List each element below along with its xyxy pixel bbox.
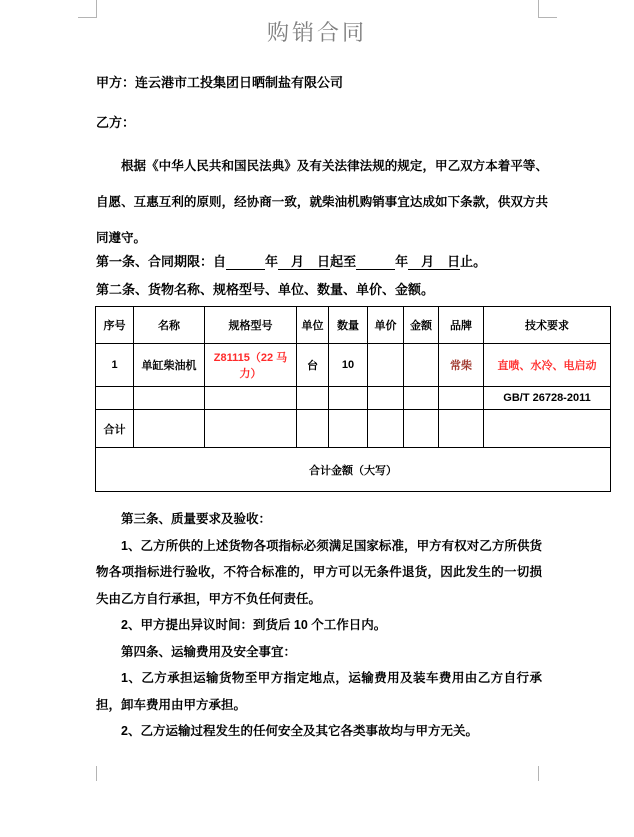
section-three-heading: 第三条、质量要求及验收： <box>96 506 542 533</box>
table-row-standard: GB/T 26728-2011 <box>96 387 611 410</box>
crop-mark-bottom-right-vertical <box>538 766 539 781</box>
section-three-item-1: 1、乙方所供的上述货物各项指标必须满足国家标准，甲方有权对乙方所供货物各项指标进… <box>96 533 542 613</box>
clause-term-line: 第一条、合同期限：自 年 月 日起至 年 月 日止。 <box>96 253 548 270</box>
cell-tech-standard: GB/T 26728-2011 <box>484 387 611 410</box>
cell-tech: 直喷、水冷、电启动 <box>484 344 611 387</box>
cell-empty <box>404 387 439 410</box>
section-four-item-2: 2、乙方运输过程发生的任何安全及其它各类事故均与甲方无关。 <box>96 718 542 745</box>
crop-mark-top-left-vertical <box>96 0 97 17</box>
col-header-index: 序号 <box>96 307 134 344</box>
cell-total-label: 合计 <box>96 410 134 448</box>
table-row-item-1: 1 单缸柴油机 Z81115（22 马力） 台 10 常柴 直喷、水冷、电启动 <box>96 344 611 387</box>
cell-empty <box>205 387 297 410</box>
document-title: 购销合同 <box>0 16 634 47</box>
cell-empty <box>484 410 611 448</box>
col-header-name: 名称 <box>134 307 205 344</box>
clause-term-year-1: 年 <box>265 254 278 269</box>
section-four-item-1: 1、乙方承担运输货物至甲方指定地点，运输费用及装车费用由乙方自行承担，卸车费用由… <box>96 665 542 718</box>
col-header-brand: 品牌 <box>439 307 484 344</box>
party-a-line: 甲方：连云港市工投集团日晒制盐有限公司 <box>96 74 548 91</box>
cell-index: 1 <box>96 344 134 387</box>
cell-empty <box>134 410 205 448</box>
cell-grand-total-label: 合计金额（大写） <box>96 448 611 492</box>
table-row-total: 合计 <box>96 410 611 448</box>
col-header-amount: 金额 <box>404 307 439 344</box>
cell-empty <box>404 410 439 448</box>
cell-empty <box>134 387 205 410</box>
cell-empty <box>368 387 404 410</box>
terms-block: 第三条、质量要求及验收： 1、乙方所供的上述货物各项指标必须满足国家标准，甲方有… <box>96 506 542 745</box>
cell-empty <box>96 387 134 410</box>
clause-term-prefix: 第一条、合同期限：自 <box>96 254 226 269</box>
blank-month-day-1: 月 日 <box>278 254 330 270</box>
cell-spec: Z81115（22 马力） <box>205 344 297 387</box>
crop-mark-bottom-left-vertical <box>96 766 97 781</box>
blank-year-2 <box>356 254 395 270</box>
clause-term-mid: 起至 <box>330 254 356 269</box>
cell-empty <box>439 387 484 410</box>
col-header-spec: 规格型号 <box>205 307 297 344</box>
clause-term-year-2: 年 <box>395 254 408 269</box>
cell-empty <box>368 410 404 448</box>
clause-goods-line: 第二条、货物名称、规格型号、单位、数量、单价、金额。 <box>96 281 548 298</box>
cell-empty <box>439 410 484 448</box>
goods-table: 序号 名称 规格型号 单位 数量 单价 金额 品牌 技术要求 1 单缸柴油机 Z… <box>95 306 611 492</box>
cell-empty <box>297 410 329 448</box>
cell-unit: 台 <box>297 344 329 387</box>
cell-price <box>368 344 404 387</box>
preamble-paragraph: 根据《中华人民共和国民法典》及有关法律法规的规定，甲乙双方本着平等、自愿、互惠互… <box>96 148 548 256</box>
section-four-heading: 第四条、运输费用及安全事宜： <box>96 639 542 666</box>
crop-mark-top-right-vertical <box>538 0 539 17</box>
blank-year-1 <box>226 254 265 270</box>
cell-name: 单缸柴油机 <box>134 344 205 387</box>
table-header-row: 序号 名称 规格型号 单位 数量 单价 金额 品牌 技术要求 <box>96 307 611 344</box>
cell-empty <box>297 387 329 410</box>
col-header-price: 单价 <box>368 307 404 344</box>
cell-brand: 常柴 <box>439 344 484 387</box>
party-b-line: 乙方： <box>96 114 548 131</box>
col-header-qty: 数量 <box>329 307 368 344</box>
col-header-tech: 技术要求 <box>484 307 611 344</box>
cell-amount <box>404 344 439 387</box>
cell-empty <box>329 387 368 410</box>
cell-empty <box>205 410 297 448</box>
cell-qty: 10 <box>329 344 368 387</box>
blank-month-day-2: 月 日 <box>408 254 460 270</box>
clause-term-end: 止。 <box>460 254 486 269</box>
section-three-item-2: 2、甲方提出异议时间：到货后 10 个工作日内。 <box>96 612 542 639</box>
col-header-unit: 单位 <box>297 307 329 344</box>
table-row-grand-total: 合计金额（大写） <box>96 448 611 492</box>
cell-empty <box>329 410 368 448</box>
contract-page: 购销合同 甲方：连云港市工投集团日晒制盐有限公司 乙方： 根据《中华人民共和国民… <box>0 0 634 837</box>
